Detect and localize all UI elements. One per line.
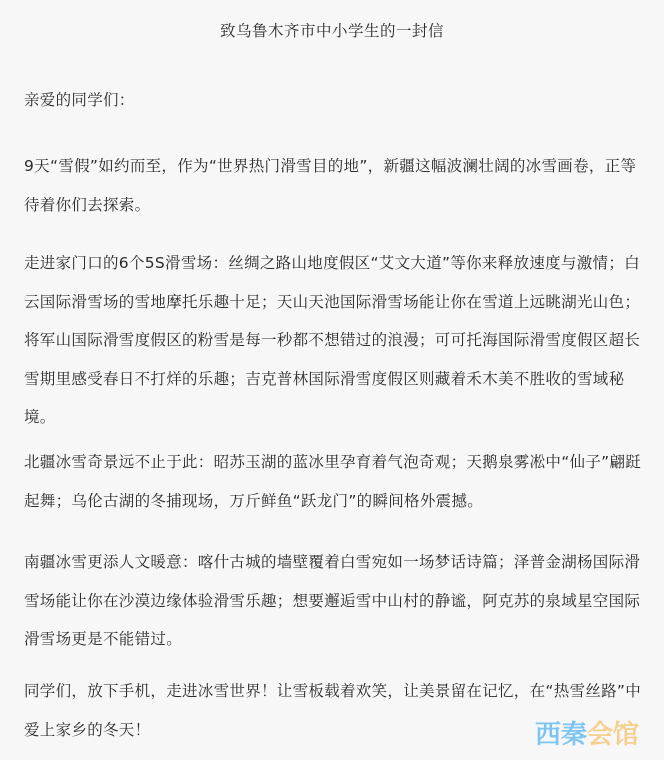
letter-title: 致乌鲁木齐市中小学生的一封信 <box>0 19 664 43</box>
paragraph-intro: 9天“雪假”如约而至，作为“世界热门滑雪目的地”，新疆这幅波澜壮阔的冰雪画卷，正… <box>24 147 642 224</box>
watermark-part1: 西秦 <box>535 720 587 750</box>
paragraph-local-ski-resorts: 走进家门口的6个5S滑雪场：丝绸之路山地度假区“艾文大道”等你来释放速度与激情；… <box>24 244 642 437</box>
paragraph-south-xinjiang: 南疆冰雪更添人文暖意：喀什古城的墙壁覆着白雪宛如一场梦话诗篇；泽普金湖杨国际滑雪… <box>24 543 642 659</box>
watermark-part2: 会馆 <box>587 720 639 750</box>
paragraph-north-xinjiang: 北疆冰雪奇景远不止于此：昭苏玉湖的蓝冰里孕育着气泡奇观；天鹅泉雾凇中“仙子”翩跹… <box>24 443 642 520</box>
watermark-logo: 西秦会馆 <box>535 720 639 750</box>
salutation: 亲爱的同学们： <box>24 81 642 120</box>
